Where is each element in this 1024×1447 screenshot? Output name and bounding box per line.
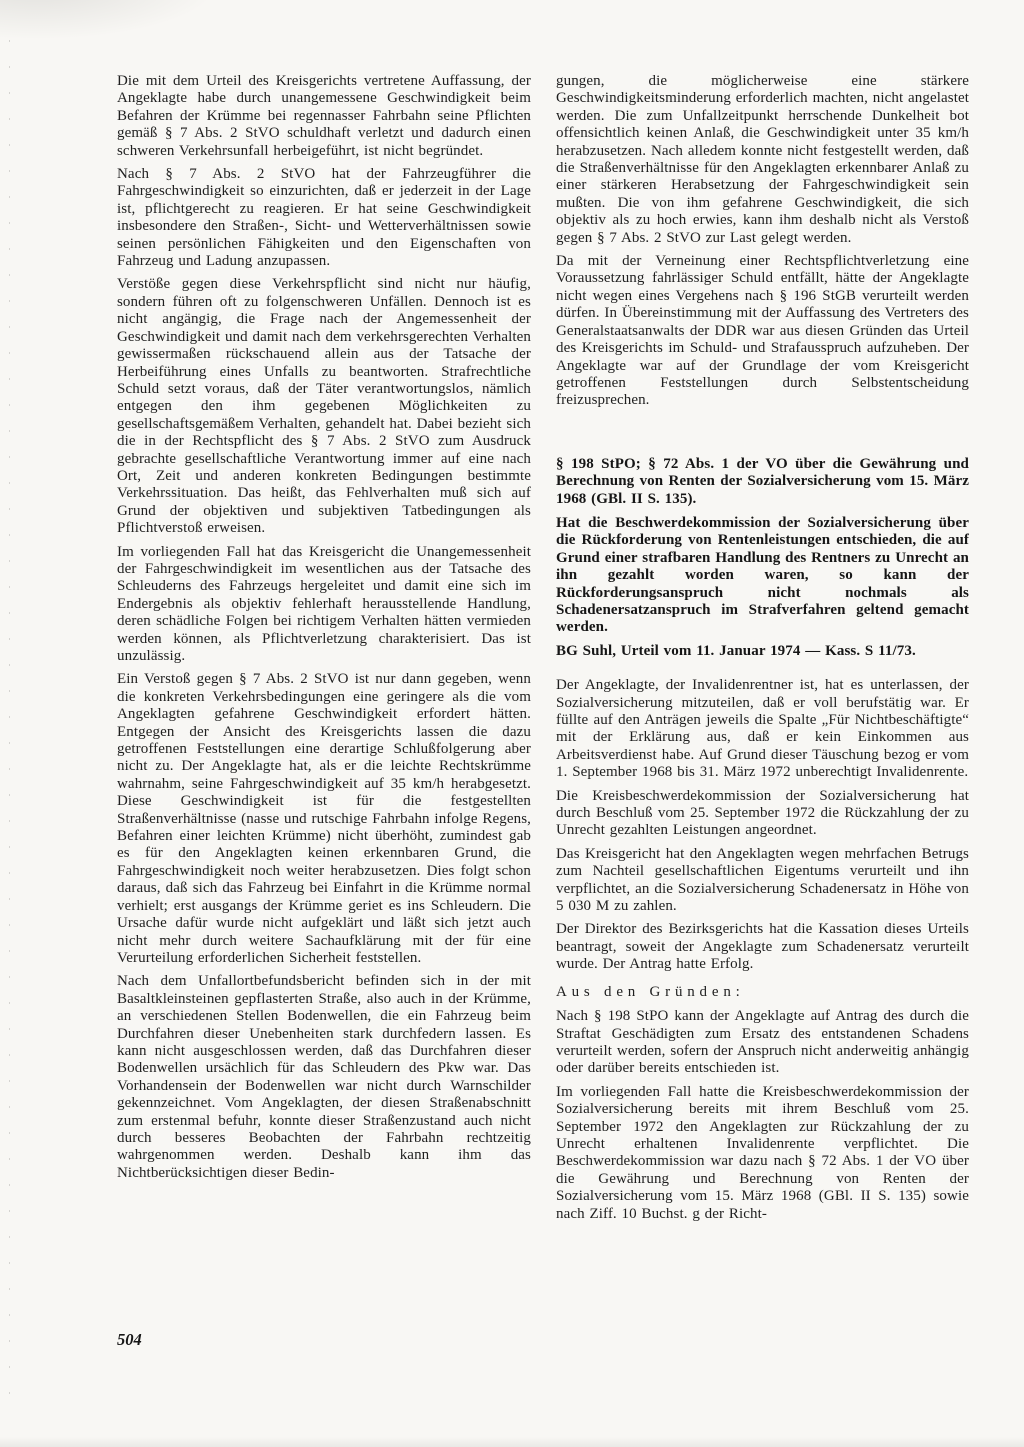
paragraph: Im vorliegenden Fall hat das Kreisgerich… bbox=[117, 544, 531, 666]
reasons-label: Aus den Gründen: bbox=[556, 984, 969, 1001]
scan-bottom-shadow bbox=[0, 1437, 1024, 1447]
paragraph: Nach § 7 Abs. 2 StVO hat der Fahrzeugfüh… bbox=[117, 166, 531, 270]
scanned-journal-page: Die mit dem Urteil des Kreisgerichts ver… bbox=[0, 0, 1024, 1447]
paragraph: gungen, die möglicherweise eine stärkere… bbox=[556, 73, 969, 247]
paragraph: Das Kreisgericht hat den Angeklagten weg… bbox=[556, 846, 969, 916]
scan-smudge bbox=[0, 0, 220, 40]
paragraph: Im vorliegenden Fall hatte die Kreisbesc… bbox=[556, 1084, 969, 1223]
case-reference: BG Suhl, Urteil vom 11. Januar 1974 — Ka… bbox=[556, 643, 969, 660]
headnote: Hat die Beschwerdekommission der Sozialv… bbox=[556, 515, 969, 637]
right-column: gungen, die möglicherweise eine stärkere… bbox=[556, 73, 969, 1229]
page-number: 504 bbox=[117, 1330, 142, 1350]
paragraph: Da mit der Verneinung einer Rechtspflich… bbox=[556, 253, 969, 410]
paragraph: Verstöße gegen diese Verkehrspflicht sin… bbox=[117, 276, 531, 537]
paragraph: Nach dem Unfallortbefundsbericht befinde… bbox=[117, 973, 531, 1182]
paragraph: Ein Verstoß gegen § 7 Abs. 2 StVO ist nu… bbox=[117, 671, 531, 967]
paragraph: Der Angeklagte, der Invalidenrentner ist… bbox=[556, 677, 969, 781]
section-heading: § 198 StPO; § 72 Abs. 1 der VO über die … bbox=[556, 456, 969, 508]
paragraph: Der Direktor des Bezirksgerichts hat die… bbox=[556, 921, 969, 973]
paragraph: Nach § 198 StPO kann der Angeklagte auf … bbox=[556, 1008, 969, 1078]
paragraph: Die mit dem Urteil des Kreisgerichts ver… bbox=[117, 73, 531, 160]
paragraph: Die Kreisbeschwerdekommission der Sozial… bbox=[556, 788, 969, 840]
left-column: Die mit dem Urteil des Kreisgerichts ver… bbox=[117, 73, 531, 1188]
scan-edge-marks bbox=[9, 40, 10, 1400]
